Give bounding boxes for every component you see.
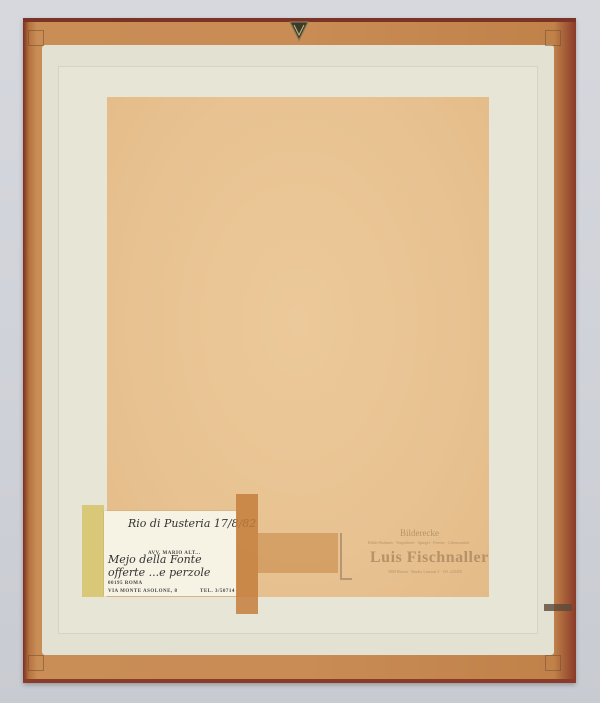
tape-strip-right	[236, 494, 258, 614]
business-card: Rio di Pusteria 17/8/82 AVV. MARIO ALT..…	[104, 511, 237, 596]
hanger-icon	[289, 20, 309, 42]
wire-mark	[544, 604, 572, 611]
corner-staple-br	[545, 655, 561, 671]
stamp-name: Luis Fischnaller	[370, 549, 489, 567]
card-handwritten-line3: offerte ...e perzole	[108, 566, 210, 579]
stamp-subtitle: Bilderecke	[400, 528, 439, 538]
stamp-bracket	[340, 533, 352, 580]
frame-bottom-edge	[23, 679, 576, 683]
card-printed-tel: TEL. 3/50714	[200, 589, 235, 594]
stamp-address: 3900 Brixen · Bruder Laurenz 5 · Tel. 22…	[388, 569, 462, 574]
card-printed-city: 00195 ROMA	[108, 581, 143, 586]
card-printed-address: VIA MONTE ASOLONE, 8	[108, 589, 177, 594]
card-handwritten-line2: Mejo della Fonte	[108, 553, 202, 566]
corner-staple-tr	[545, 30, 561, 46]
tape-strip-left	[82, 505, 104, 597]
tape-strip-horizontal	[258, 533, 338, 573]
corner-staple-tl	[28, 30, 44, 46]
corner-staple-bl	[28, 655, 44, 671]
stamp-tagline: Bilder-Rahmen · Vergolderei · Spiegel · …	[368, 540, 469, 545]
framer-stamp: Bilderecke Bilder-Rahmen · Vergolderei ·…	[340, 525, 490, 585]
